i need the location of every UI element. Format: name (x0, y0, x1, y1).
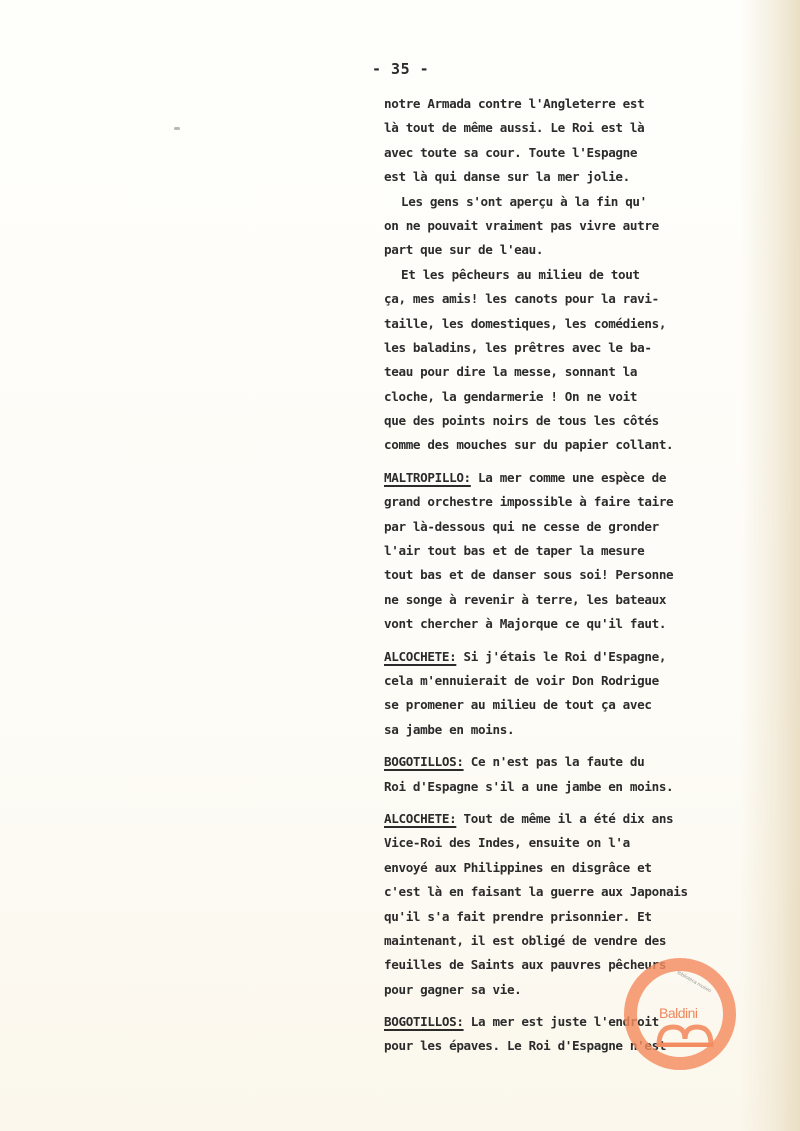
text-line: grand orchestre impossible à faire taire (384, 490, 784, 514)
speech-first-line: MALTROPILLO: La mer comme une espèce de (384, 466, 784, 490)
text-line: part que sur de l'eau. (384, 238, 784, 262)
paragraph-gap (384, 637, 784, 645)
text-line: là tout de même aussi. Le Roi est là (384, 116, 784, 140)
speech-text: La mer comme une espèce de (471, 470, 666, 485)
speech-first-line: ALCOCHETE: Si j'étais le Roi d'Espagne, (384, 645, 784, 669)
text-line: Les gens s'ont aperçu à la fin qu' (384, 190, 784, 214)
text-line: envoyé aux Philippines en disgrâce et (384, 856, 784, 880)
text-line: est là qui danse sur la mer jolie. (384, 165, 784, 189)
text-line: les baladins, les prêtres avec le ba- (384, 336, 784, 360)
speaker-name: MALTROPILLO: (384, 470, 471, 485)
paragraph-gap (384, 742, 784, 750)
text-line: Et les pêcheurs au milieu de tout (384, 263, 784, 287)
text-line: que des points noirs de tous les côtés (384, 409, 784, 433)
speaker-name: ALCOCHETE: (384, 649, 456, 664)
text-line: teau pour dire la messe, sonnant la (384, 360, 784, 384)
speech-text: Si j'étais le Roi d'Espagne, (456, 649, 666, 664)
text-line: ne songe à revenir à terre, les bateaux (384, 588, 784, 612)
text-line: l'air tout bas et de taper la mesure (384, 539, 784, 563)
text-line: qu'il s'a fait prendre prisonnier. Et (384, 905, 784, 929)
speech-text: La mer est juste l'endroit (464, 1014, 659, 1029)
text-line: se promener au milieu de tout ça avec (384, 693, 784, 717)
paper-speck (174, 127, 180, 130)
speech-first-line: ALCOCHETE: Tout de même il a été dix ans (384, 807, 784, 831)
paragraph-gap (384, 799, 784, 807)
text-line: Vice-Roi des Indes, ensuite on l'a (384, 831, 784, 855)
speech-first-line: BOGOTILLOS: La mer est juste l'endroit (384, 1010, 784, 1034)
typewritten-text: notre Armada contre l'Angleterre estlà t… (384, 92, 784, 1059)
text-line: tout bas et de danser sous soi! Personne (384, 563, 784, 587)
text-line: pour les épaves. Le Roi d'Espagne n'est (384, 1034, 784, 1058)
text-line: c'est là en faisant la guerre aux Japona… (384, 880, 784, 904)
paragraph-gap (384, 458, 784, 466)
text-line: feuilles de Saints aux pauvres pêcheurs (384, 953, 784, 977)
text-line: notre Armada contre l'Angleterre est (384, 92, 784, 116)
speech-text: Ce n'est pas la faute du (464, 754, 645, 769)
text-line: sa jambe en moins. (384, 718, 784, 742)
text-line: par là-dessous qui ne cesse de gronder (384, 515, 784, 539)
text-line: cela m'ennuierait de voir Don Rodrigue (384, 669, 784, 693)
speaker-name: BOGOTILLOS: (384, 1014, 464, 1029)
text-line: vont chercher à Majorque ce qu'il faut. (384, 612, 784, 636)
text-line: comme des mouches sur du papier collant. (384, 433, 784, 457)
text-line: ça, mes amis! les canots pour la ravi- (384, 287, 784, 311)
text-line: taille, les domestiques, les comédiens, (384, 312, 784, 336)
paragraph-gap (384, 1002, 784, 1010)
page-number: - 35 - (372, 60, 429, 78)
text-line: pour gagner sa vie. (384, 978, 784, 1002)
text-line: maintenant, il est obligé de vendre des (384, 929, 784, 953)
speaker-name: BOGOTILLOS: (384, 754, 464, 769)
speech-text: Tout de même il a été dix ans (456, 811, 673, 826)
text-line: Roi d'Espagne s'il a une jambe en moins. (384, 775, 784, 799)
text-line: avec toute sa cour. Toute l'Espagne (384, 141, 784, 165)
speaker-name: ALCOCHETE: (384, 811, 456, 826)
speech-first-line: BOGOTILLOS: Ce n'est pas la faute du (384, 750, 784, 774)
text-line: cloche, la gendarmerie ! On ne voit (384, 385, 784, 409)
text-line: on ne pouvait vraiment pas vivre autre (384, 214, 784, 238)
